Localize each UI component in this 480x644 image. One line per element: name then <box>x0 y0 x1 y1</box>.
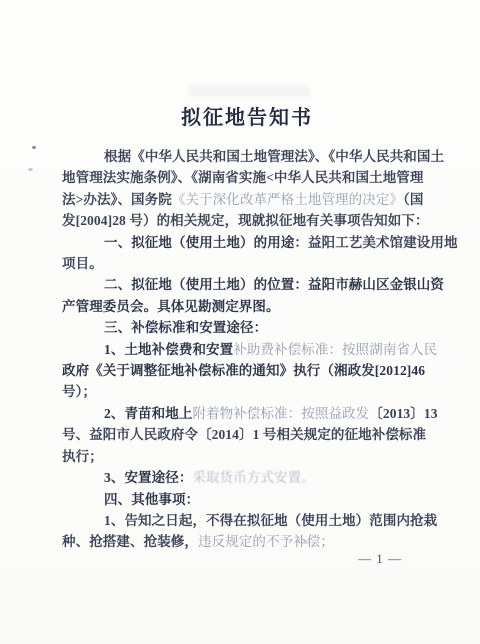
text-segment: 2、青苗和地上 <box>104 406 192 421</box>
text-line: 项目。 <box>62 253 434 274</box>
text-line: 法>办法》、国务院《关于深化改革严格土地管理的决定》（国 <box>62 189 434 210</box>
text-line: 1、告知之日起，不得在拟征地（使用土地）范围内抢栽 <box>62 510 434 531</box>
text-segment: 3、安置途径： <box>104 470 192 485</box>
text-line: 地管理法实施条例》、《湖南省实施<中华人民共和国土地管理 <box>62 167 434 188</box>
text-segment: 四、其他事项： <box>104 492 199 507</box>
page-number: — 1 — <box>358 551 402 567</box>
text-segment: 种、抢搭建、抢装修， <box>62 534 198 549</box>
text-segment: 三、补偿标准和安置途径： <box>104 320 267 335</box>
text-segment: 附着物补偿标准：按照益政发 <box>192 406 369 421</box>
text-line: 号）； <box>62 381 434 402</box>
scanned-document-page: 拟征地告知书 根据《中华人民共和国土地管理法》、《中华人民共和国土地管理法实施条… <box>0 0 480 644</box>
text-segment: 根据《中华人民共和国土地管理法》、《中华人民共和国土 <box>104 149 444 164</box>
text-segment: 政府《关于调整征地补偿标准的通知》执行（湘政发[2012]46 <box>62 363 425 378</box>
text-segment: 二、拟征地（使用土地）的位置：益阳市赫山区金银山资 <box>104 277 444 292</box>
text-segment: 1、告知之日起，不得在拟征地（使用土地）范围内抢栽 <box>104 513 437 528</box>
text-line: 二、拟征地（使用土地）的位置：益阳市赫山区金银山资 <box>62 274 434 295</box>
document-body: 根据《中华人民共和国土地管理法》、《中华人民共和国土地管理法实施条例》、《湖南省… <box>62 146 434 553</box>
text-segment: 发[2004]28 号）的相关规定，现就拟征地有关事项告知如下： <box>62 213 429 228</box>
text-line: 四、其他事项： <box>62 489 434 510</box>
text-line: 三、补偿标准和安置途径： <box>62 317 434 338</box>
text-segment: 号）； <box>62 384 96 399</box>
text-segment: 1、土地补偿费和安置 <box>104 342 233 357</box>
text-line: 根据《中华人民共和国土地管理法》、《中华人民共和国土 <box>62 146 434 167</box>
text-segment: 采取货币方式安置。 <box>192 470 314 485</box>
text-line: 政府《关于调整征地补偿标准的通知》执行（湘政发[2012]46 <box>62 360 434 381</box>
scan-smudge <box>190 86 310 96</box>
text-segment: 地管理法实施条例》、《湖南省实施<中华人民共和国土地管理 <box>62 170 424 185</box>
text-segment: 项目。 <box>62 256 103 271</box>
text-segment: 产管理委员会。具体见勘测定界图。 <box>62 299 280 314</box>
text-segment: 违反规定的不予补偿； <box>198 534 334 549</box>
scan-speck <box>28 168 33 171</box>
text-line: 号、益阳市人民政府令〔2014〕1 号相关规定的征地补偿标准 <box>62 424 434 445</box>
text-segment: （国 <box>403 192 423 207</box>
document-title: 拟征地告知书 <box>62 101 432 130</box>
text-segment: 号、益阳市人民政府令〔2014〕1 号相关规定的征地补偿标准 <box>62 427 426 442</box>
text-line: 种、抢搭建、抢装修，违反规定的不予补偿； <box>62 531 434 552</box>
text-line: 3、安置途径：采取货币方式安置。 <box>62 467 434 488</box>
text-segment: 一、拟征地（使用土地）的用途： <box>104 235 308 250</box>
text-line: 产管理委员会。具体见勘测定界图。 <box>62 296 434 317</box>
scan-speck <box>32 146 36 149</box>
text-line: 一、拟征地（使用土地）的用途：益阳工艺美术馆建设用地 <box>62 232 434 253</box>
text-segment: 《关于深化改革严格土地管理的决定》 <box>172 192 403 207</box>
text-segment: 法>办法》、国务院 <box>62 192 172 207</box>
text-segment: 执行； <box>62 449 103 464</box>
text-segment: 补助费补偿标准：按照湖南省人民 <box>233 342 437 357</box>
text-line: 执行； <box>62 446 434 467</box>
text-segment: 益阳工艺美术馆建设用地 <box>308 235 458 250</box>
text-line: 发[2004]28 号）的相关规定，现就拟征地有关事项告知如下： <box>62 210 434 231</box>
text-line: 1、土地补偿费和安置补助费补偿标准：按照湖南省人民 <box>62 339 434 360</box>
text-line: 2、青苗和地上附着物补偿标准：按照益政发〔2013〕13 <box>62 403 434 424</box>
text-segment: 〔2013〕13 <box>369 406 437 421</box>
